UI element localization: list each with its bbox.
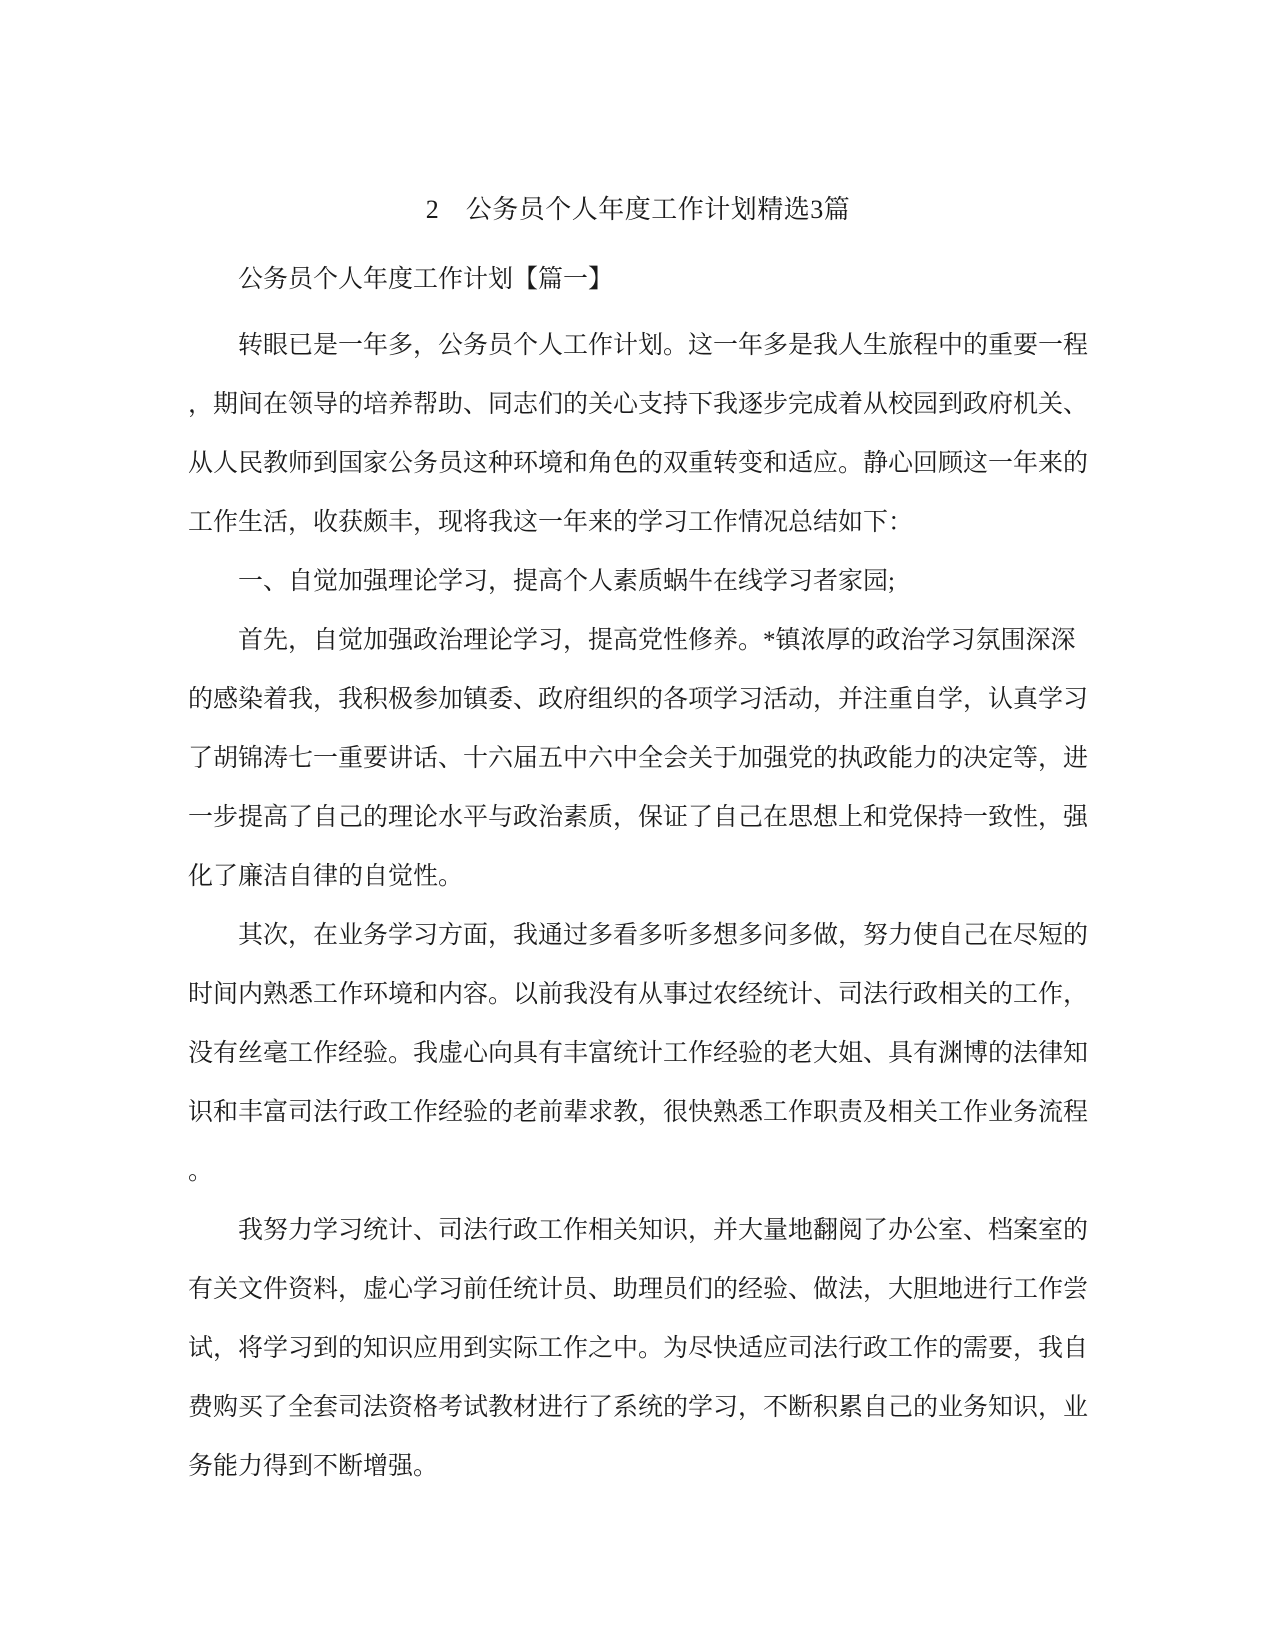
paragraph-line: 了胡锦涛七一重要讲话、十六届五中六中全会关于加强党的执政能力的决定等，进 [188, 729, 1128, 788]
document-page: 2 公务员个人年度工作计划精选3篇 公务员个人年度工作计划【篇一】 转眼已是一年… [0, 0, 1275, 1650]
paragraph-line: 化了廉洁自律的自觉性。 [188, 847, 1128, 906]
paragraph-line: 一、自觉加强理论学习，提高个人素质蜗牛在线学习者家园; [188, 552, 1128, 611]
paragraph-line: 工作生活，收获颇丰，现将我这一年来的学习工作情况总结如下： [188, 493, 1128, 552]
paragraph-line: 的感染着我，我积极参加镇委、政府组织的各项学习活动，并注重自学，认真学习 [188, 670, 1128, 729]
paragraph-line: 费购买了全套司法资格考试教材进行了系统的学习，不断积累自己的业务知识，业 [188, 1378, 1128, 1437]
paragraph-line: 转眼已是一年多，公务员个人工作计划。这一年多是我人生旅程中的重要一程 [188, 316, 1128, 375]
paragraph-line: 一步提高了自己的理论水平与政治素质，保证了自己在思想上和党保持一致性，强 [188, 788, 1128, 847]
paragraph-line: 首先，自觉加强政治理论学习，提高党性修养。*镇浓厚的政治学习氛围深深 [188, 611, 1128, 670]
document-title: 2 公务员个人年度工作计划精选3篇 [188, 192, 1088, 228]
document-body: 公务员个人年度工作计划【篇一】 转眼已是一年多，公务员个人工作计划。这一年多是我… [188, 250, 1128, 1496]
paragraph-line: 没有丝毫工作经验。我虚心向具有丰富统计工作经验的老大姐、具有渊博的法律知 [188, 1024, 1128, 1083]
paragraph-line: 。 [188, 1142, 1128, 1201]
paragraph-line: ，期间在领导的培养帮助、同志们的关心支持下我逐步完成着从校园到政府机关、 [188, 375, 1128, 434]
section-heading: 公务员个人年度工作计划【篇一】 [188, 250, 1128, 316]
paragraph-line: 其次，在业务学习方面，我通过多看多听多想多问多做，努力使自己在尽短的 [188, 906, 1128, 965]
paragraph-line: 有关文件资料，虚心学习前任统计员、助理员们的经验、做法，大胆地进行工作尝 [188, 1260, 1128, 1319]
paragraph-line: 试，将学习到的知识应用到实际工作之中。为尽快适应司法行政工作的需要，我自 [188, 1319, 1128, 1378]
paragraph-line: 我努力学习统计、司法行政工作相关知识，并大量地翻阅了办公室、档案室的 [188, 1201, 1128, 1260]
paragraph-line: 识和丰富司法行政工作经验的老前辈求教，很快熟悉工作职责及相关工作业务流程 [188, 1083, 1128, 1142]
paragraph-line: 务能力得到不断增强。 [188, 1437, 1128, 1496]
paragraph-line: 从人民教师到国家公务员这种环境和角色的双重转变和适应。静心回顾这一年来的 [188, 434, 1128, 493]
paragraph-line: 时间内熟悉工作环境和内容。以前我没有从事过农经统计、司法行政相关的工作， [188, 965, 1128, 1024]
